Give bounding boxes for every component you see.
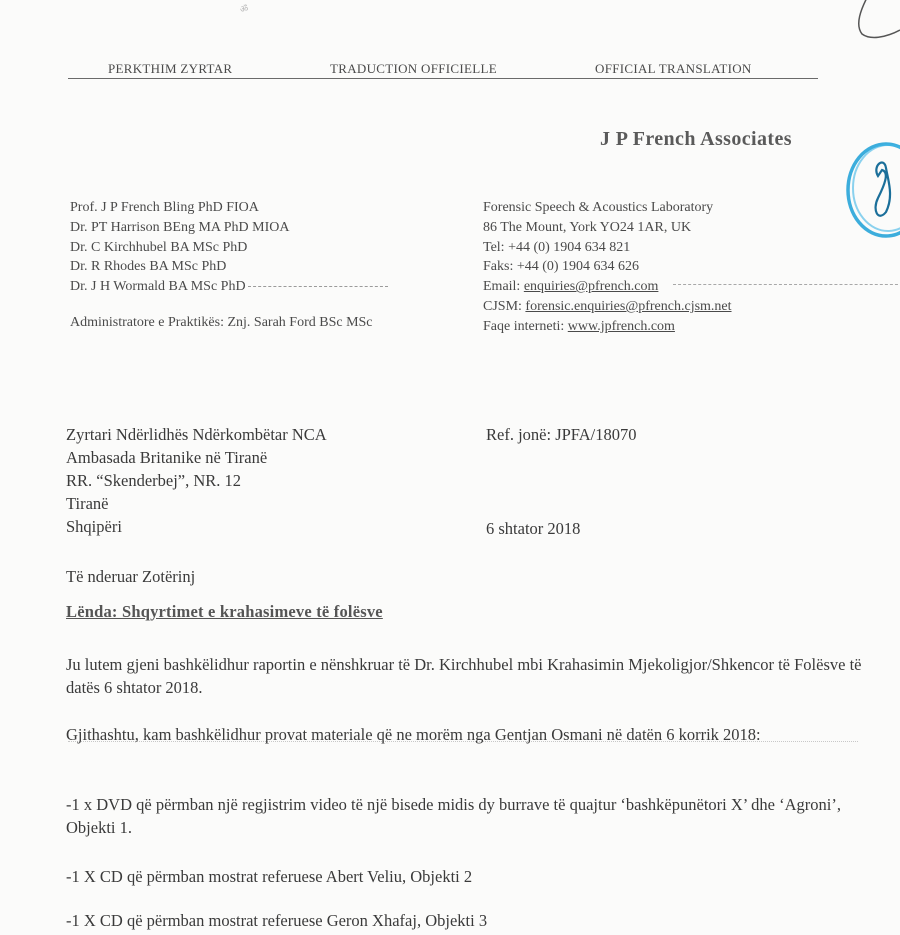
cjsm-row: CJSM: forensic.enquiries@pfrench.cjsm.ne… [483,297,732,317]
body-paragraph: Ju lutem gjeni bashkëlidhur raportin e n… [66,653,866,699]
lab-address: 86 The Mount, York YO24 1AR, UK [483,218,732,238]
staff-list: Prof. J P French Bling PhD FIOA Dr. PT H… [70,198,388,297]
firm-name: J P French Associates [600,128,792,151]
website-row: Faqe interneti: www.jpfrench.com [483,317,732,337]
email-link[interactable]: enquiries@pfrench.com [524,279,659,294]
divider [248,286,388,287]
staff-member: Prof. J P French Bling PhD FIOA [70,198,388,218]
divider [673,284,900,285]
cjsm-label: CJSM: [483,299,525,314]
letter-date: 6 shtator 2018 [486,517,580,540]
evidence-item: -1 X CD që përmban mostrat referuese Abe… [66,865,866,888]
contact-block: Forensic Speech & Acoustics Laboratory 8… [483,198,732,337]
page-mark: ॐ [240,2,248,15]
email-label: Email: [483,279,524,294]
staff-member: Dr. J H Wormald BA MSc PhD [70,279,246,294]
website-label: Faqe interneti: [483,319,568,334]
fax: Faks: +44 (0) 1904 634 626 [483,257,732,277]
telephone: Tel: +44 (0) 1904 634 821 [483,238,732,258]
recipient-line: Shqipëri [66,515,327,538]
recipient-line: Tiranë [66,492,327,515]
recipient-address: Zyrtari Ndërlidhës Ndërkombëtar NCA Amba… [66,423,327,538]
salutation: Të nderuar Zotërinj [66,565,195,588]
subject-line: Lënda: Shqyrtimet e krahasimeve të folës… [66,600,383,623]
practice-administrator: Administratore e Praktikës: Znj. Sarah F… [70,315,373,331]
recipient-line: Ambasada Britanike në Tiranë [66,446,327,469]
banner-english: OFFICIAL TRANSLATION [595,61,752,77]
website-link[interactable]: www.jpfrench.com [568,319,675,334]
lab-name: Forensic Speech & Acoustics Laboratory [483,198,732,218]
staff-member-row: Dr. J H Wormald BA MSc PhD [70,277,388,297]
cjsm-link[interactable]: forensic.enquiries@pfrench.cjsm.net [525,299,731,314]
email-row: Email: enquiries@pfrench.com [483,277,732,297]
handwritten-page-number-stamp-icon [842,138,900,242]
handwritten-corner-mark-icon [850,0,900,40]
banner-albanian: PERKTHIM ZYRTAR [108,61,232,77]
body-paragraph: Gjithashtu, kam bashkëlidhur provat mate… [66,723,866,746]
staff-member: Dr. C Kirchhubel BA MSc PhD [70,238,388,258]
evidence-item: -1 X CD që përmban mostrat referuese Ger… [66,909,866,932]
staff-member: Dr. PT Harrison BEng MA PhD MIOA [70,218,388,238]
recipient-line: Zyrtari Ndërlidhës Ndërkombëtar NCA [66,423,327,446]
evidence-item: -1 x DVD që përmban një regjistrim video… [66,793,866,839]
reference-number: Ref. jonë: JPFA/18070 [486,423,637,446]
recipient-line: RR. “Skenderbej”, NR. 12 [66,469,327,492]
staff-member: Dr. R Rhodes BA MSc PhD [70,257,388,277]
banner-french: TRADUCTION OFFICIELLE [330,61,497,77]
official-translation-banner: PERKTHIM ZYRTAR TRADUCTION OFFICIELLE OF… [68,58,818,79]
